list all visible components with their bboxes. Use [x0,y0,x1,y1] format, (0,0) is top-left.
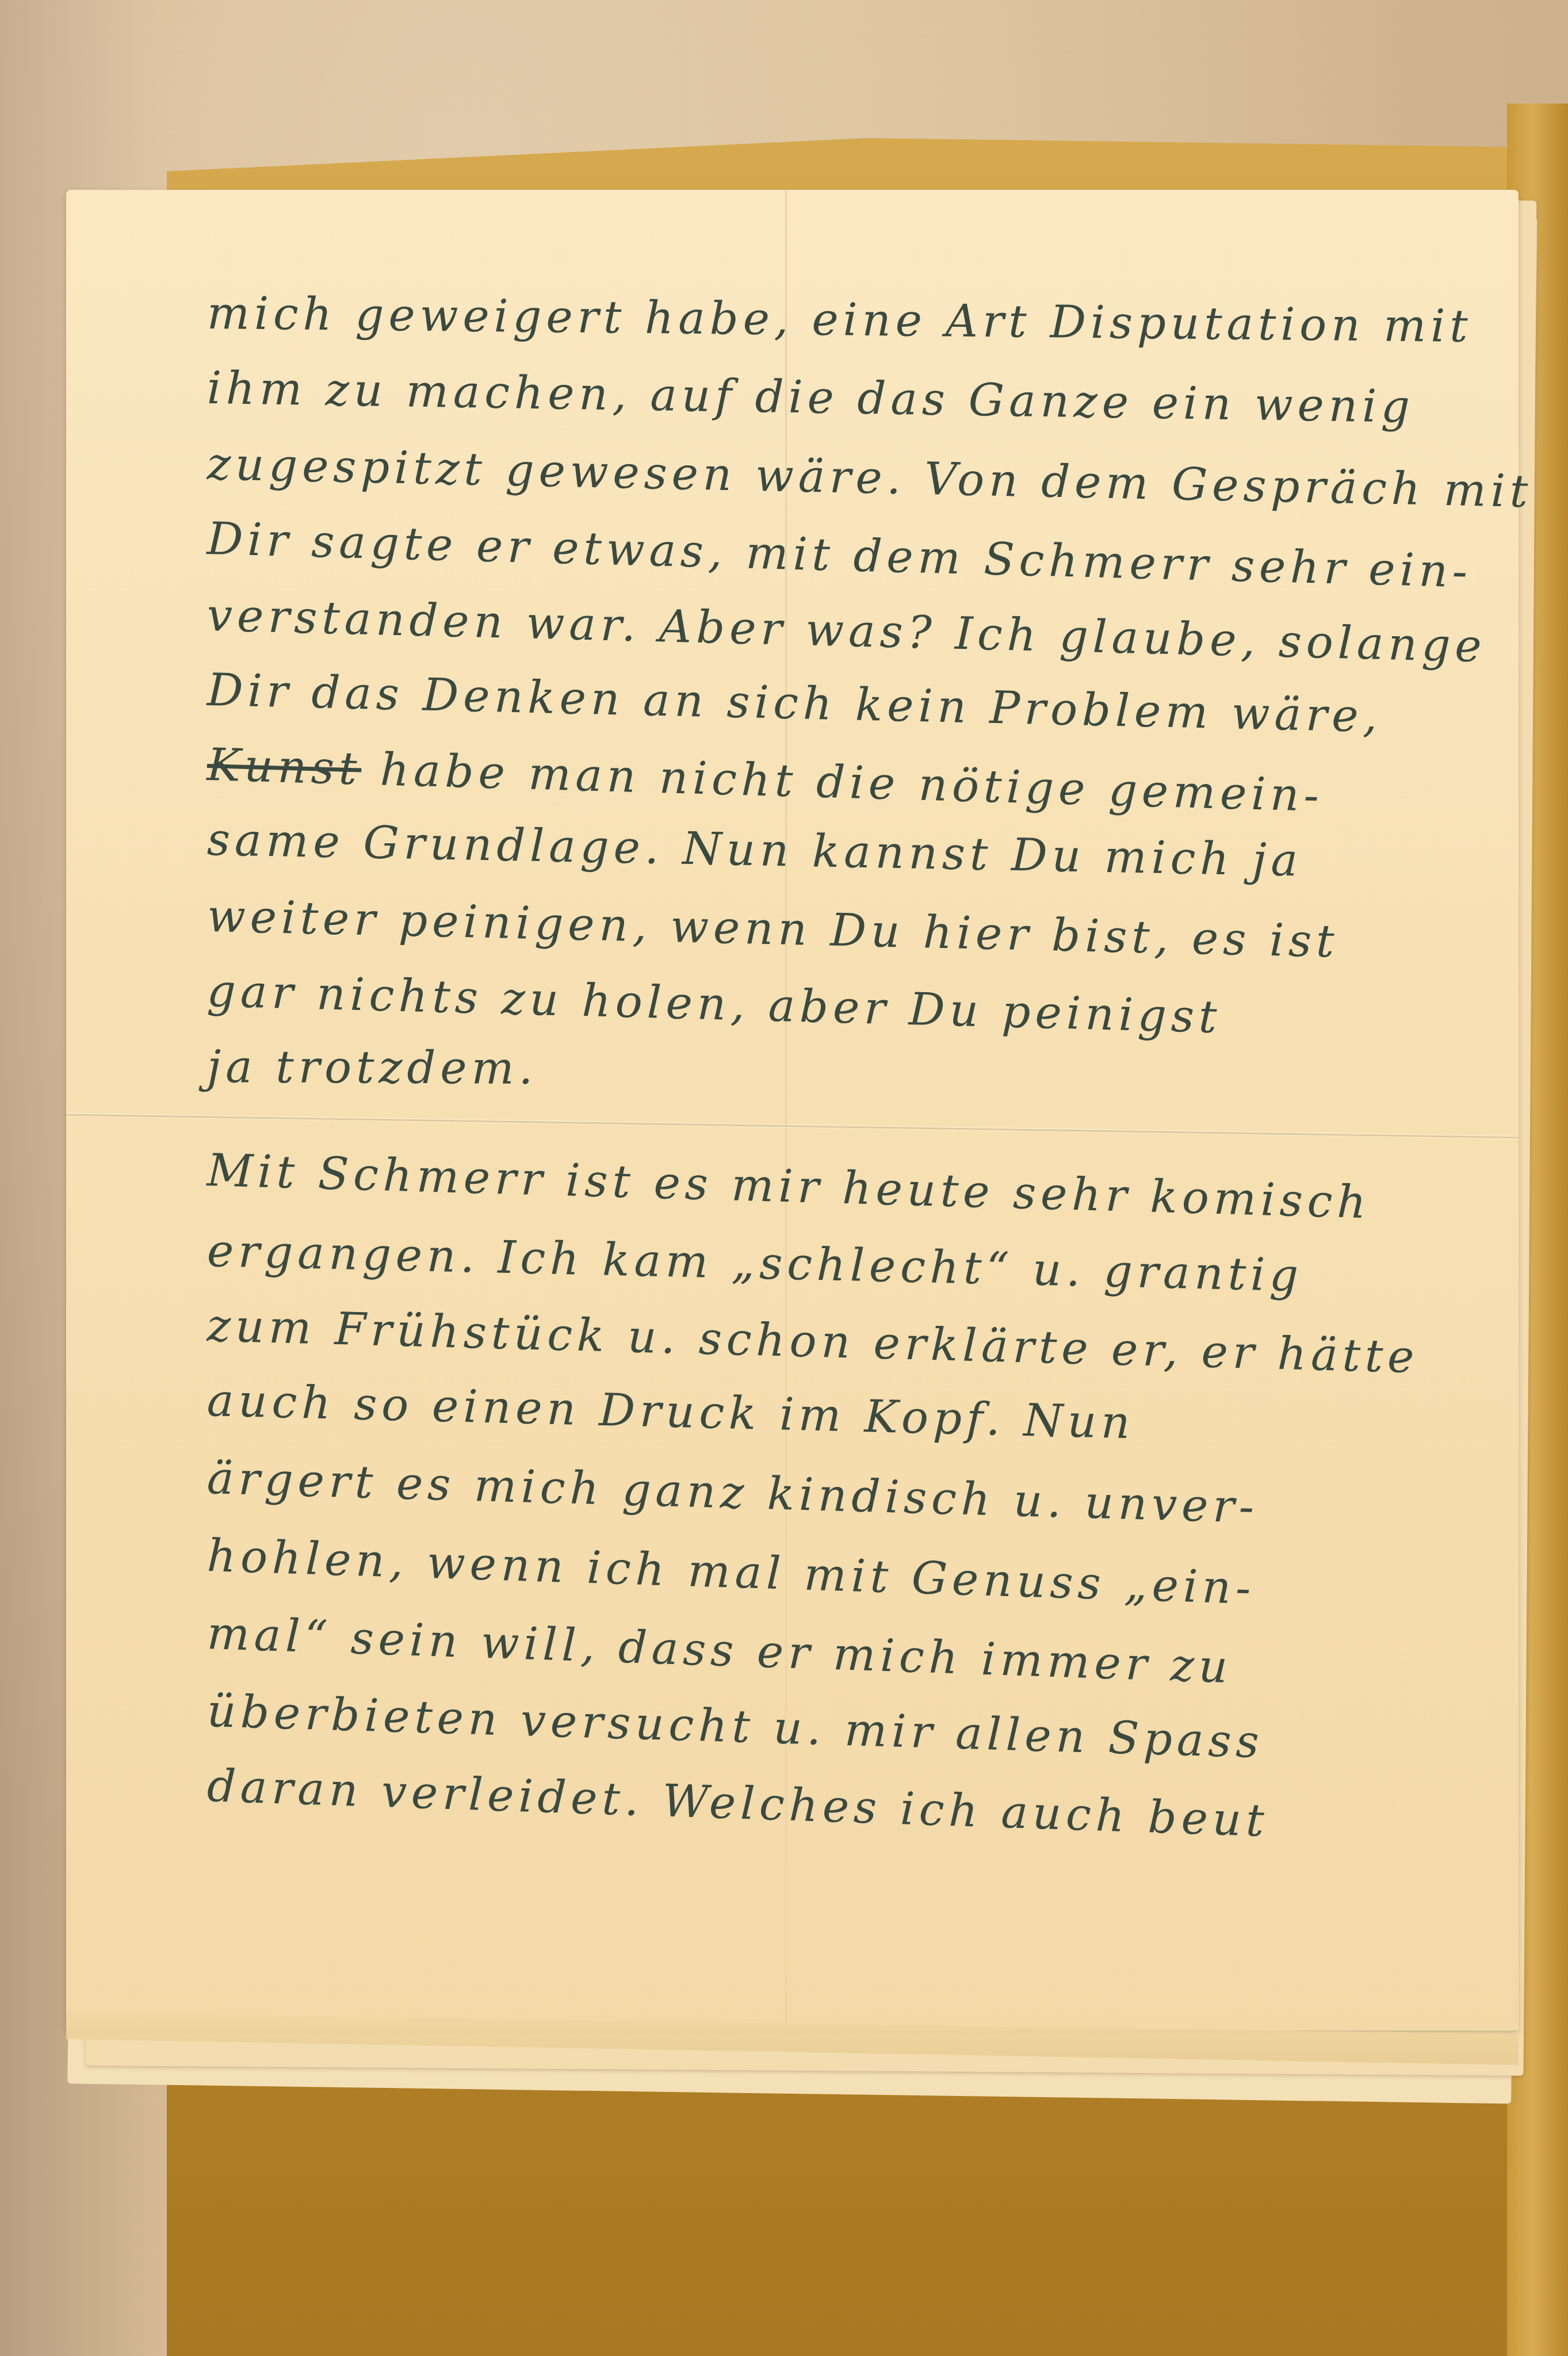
text-line: ja trotzdem. [207,1041,538,1095]
struck-word: Kunst [206,739,362,795]
